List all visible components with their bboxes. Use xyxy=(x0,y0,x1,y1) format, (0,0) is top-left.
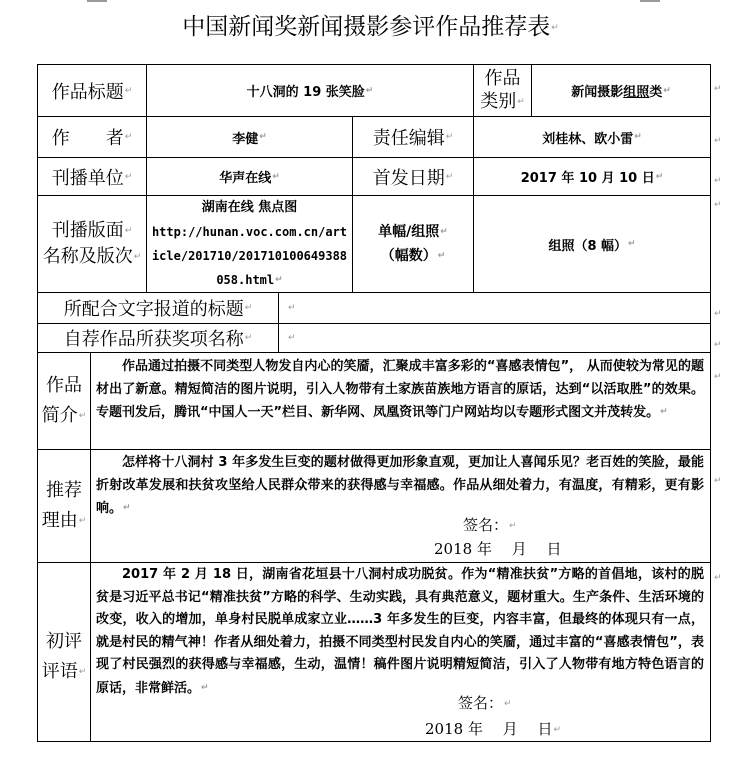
recommendation-signature-label: 签名：↵ xyxy=(463,514,517,535)
label-editor: 责任编辑↵ xyxy=(352,116,474,158)
label-layout: 刊播版面↵ 名称及版次↵ xyxy=(37,195,147,293)
value-work-title[interactable]: 十八洞的 19 张笑脸↵ xyxy=(146,64,474,117)
row-end-mark-icon: ↵ xyxy=(714,176,722,186)
paragraph-mark-icon: ↵ xyxy=(628,239,636,249)
paragraph-mark-icon: ↵ xyxy=(259,132,267,142)
label-photo-type: 单幅/组照↵ （幅数）↵ xyxy=(352,195,474,293)
paragraph-mark-icon: ↵ xyxy=(272,172,280,182)
layout-url-line: icle/201710/201710100649388 xyxy=(152,244,347,268)
row-end-mark-icon: ↵ xyxy=(714,309,722,319)
label-author: 作 者↵ xyxy=(37,116,147,158)
row-end-mark-icon: ↵ xyxy=(714,340,722,350)
review-text: 2017 年 2 月 18 日，湖南省花垣县十八洞村成功脱贫。作为“精准扶贫”方… xyxy=(96,564,704,700)
paragraph-mark-icon: ↵ xyxy=(446,132,454,142)
paragraph-mark-icon: ↵ xyxy=(288,303,296,313)
value-editor[interactable]: 刘桂林、欧小雷↵ xyxy=(473,116,711,158)
paragraph-mark-icon: ↵ xyxy=(123,503,131,513)
label-first-date: 首发日期↵ xyxy=(352,157,474,196)
paragraph-mark-icon: ↵ xyxy=(79,667,87,677)
label-self-awards: 自荐作品所获奖项名称↵ xyxy=(37,323,279,353)
value-category[interactable]: 新闻摄影 组照 类↵ xyxy=(531,64,711,117)
paragraph-mark-icon: ↵ xyxy=(79,411,87,421)
label-summary: 作品 简介↵ xyxy=(37,352,91,450)
paragraph-mark-icon: ↵ xyxy=(660,407,668,417)
paragraph-mark-icon: ↵ xyxy=(79,516,87,526)
label-review: 初评 评语↵ xyxy=(37,562,91,742)
review-signature-label: 签名：↵ xyxy=(458,692,512,713)
value-author[interactable]: 李健↵ xyxy=(146,116,353,158)
paragraph-mark-icon: ↵ xyxy=(201,683,209,693)
paragraph-mark-icon: ↵ xyxy=(553,725,561,735)
page-title: 中国新闻奖新闻摄影参评作品推荐表↵ xyxy=(0,8,741,41)
label-related-article: 所配合文字报道的标题↵ xyxy=(37,292,279,324)
value-layout[interactable]: 湖南在线 焦点图 http://hunan.voc.com.cn/art icl… xyxy=(146,195,353,293)
paragraph-mark-icon: ↵ xyxy=(438,251,446,261)
row-end-mark-icon: ↵ xyxy=(714,476,722,486)
category-selected-option[interactable]: 组照 xyxy=(623,81,649,100)
paragraph-mark-icon: ↵ xyxy=(509,521,517,531)
paragraph-mark-icon: ↵ xyxy=(125,132,133,142)
paragraph-mark-icon: ↵ xyxy=(634,132,642,142)
paragraph-mark-icon: ↵ xyxy=(440,227,448,237)
paragraph-mark-icon: ↵ xyxy=(275,275,283,285)
value-publisher[interactable]: 华声在线↵ xyxy=(146,157,353,196)
paragraph-mark-icon: ↵ xyxy=(656,172,664,182)
paragraph-mark-icon: ↵ xyxy=(551,23,559,33)
label-recommendation: 推荐 理由↵ xyxy=(37,449,91,563)
paragraph-mark-icon: ↵ xyxy=(288,333,296,343)
row-end-mark-icon: ↵ xyxy=(714,372,722,382)
paragraph-mark-icon: ↵ xyxy=(245,333,253,343)
page-corner-mark-right xyxy=(640,0,660,2)
paragraph-mark-icon: ↵ xyxy=(125,172,133,182)
row-end-mark-icon: ↵ xyxy=(714,136,722,146)
value-related-article[interactable]: ↵ xyxy=(278,292,711,324)
layout-url-line: http://hunan.voc.com.cn/art xyxy=(152,220,347,244)
row-end-mark-icon: ↵ xyxy=(714,573,722,583)
paragraph-mark-icon: ↵ xyxy=(517,97,525,107)
recommendation-signature-date[interactable]: 2018 年 月 日 xyxy=(434,538,561,559)
label-work-title: 作品标题↵ xyxy=(37,64,147,117)
summary-text: 作品通过拍摄不同类型人物发自内心的笑靥，汇聚成丰富多彩的“喜感表情包”， 从而使… xyxy=(96,356,704,424)
value-first-date[interactable]: 2017 年 10 月 10 日↵ xyxy=(473,157,711,196)
paragraph-mark-icon: ↵ xyxy=(504,699,512,709)
label-publisher: 刊播单位↵ xyxy=(37,157,147,196)
paragraph-mark-icon: ↵ xyxy=(366,86,374,96)
label-category: 作品 类别↵ xyxy=(473,64,532,117)
recommendation-text: 怎样将十八洞村 3 年多发生巨变的题材做得更加形象直观，更加让人喜闻乐见？老百姓… xyxy=(96,452,704,520)
paragraph-mark-icon: ↵ xyxy=(125,86,133,96)
layout-url-line: 058.html xyxy=(216,273,274,287)
value-photo-type[interactable]: 组照（8 幅）↵ xyxy=(473,195,711,293)
paragraph-mark-icon: ↵ xyxy=(134,252,142,262)
row-end-mark-icon: ↵ xyxy=(714,84,722,94)
paragraph-mark-icon: ↵ xyxy=(125,226,133,236)
review-signature-date[interactable]: 2018 年 月 日↵ xyxy=(425,718,561,739)
paragraph-mark-icon: ↵ xyxy=(245,303,253,313)
row-end-mark-icon: ↵ xyxy=(714,200,722,210)
value-self-awards[interactable]: ↵ xyxy=(278,323,711,353)
paragraph-mark-icon: ↵ xyxy=(446,172,454,182)
paragraph-mark-icon: ↵ xyxy=(663,86,671,96)
page-corner-mark-left xyxy=(87,0,107,2)
